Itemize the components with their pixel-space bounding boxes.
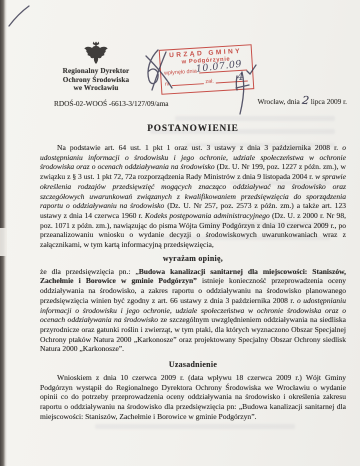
handwritten-day-digit: 2 (302, 101, 309, 102)
text-run: że dla przedsięwzięcia pn.: „ (40, 267, 139, 276)
bleedthrough-ghost (175, 116, 335, 121)
stamp-zal-label: zał. (205, 78, 214, 85)
bleedthrough-ghost (95, 424, 295, 429)
dateline-prefix: Wrocław, dnia (258, 97, 300, 106)
document-title: POSTANOWIENIE (40, 124, 346, 134)
stamp-nr-line (171, 78, 203, 86)
justification-paragraph: Wnioskiem z dnia 10 czerwca 2009 r. (dat… (40, 373, 346, 422)
legal-basis-paragraph: Na podstawie art. 64 ust. 1 pkt 1 oraz u… (40, 143, 346, 250)
eagle-emblem-icon (83, 40, 109, 65)
handwritten-zal-count: 4 (237, 71, 244, 82)
letterhead-line: Ochrony Środowiska (50, 76, 142, 85)
pen-slash-mark (9, 6, 29, 26)
letterhead: Regionalny Dyrektor Ochrony Środowiska w… (50, 40, 142, 93)
text-run-italic: Kodeks postępowania administracyjnego (145, 211, 272, 220)
handwritten-paraph (148, 50, 158, 84)
document-body: POSTANOWIENIE Na podstawie art. 64 ust. … (40, 124, 346, 422)
opinion-heading: wyrażam opinię, (40, 254, 346, 263)
stamp-nr-zal-row: nr zał. 4 (165, 75, 250, 87)
dateline-suffix: lipca 2009 r. (311, 97, 347, 106)
stamp-nr-label: nr (165, 81, 170, 87)
stamp-received-label: wpłynęło dnia (164, 69, 197, 77)
text-run: Wnioskiem z dnia 10 czerwca 2009 r. (dat… (40, 373, 346, 421)
receipt-stamp: URZĄD GMINY w Podgórzynie wpłynęło dnia … (159, 44, 255, 95)
opinion-paragraph: że dla przedsięwzięcia pn.: „Budowa kana… (40, 267, 346, 354)
scan-edge-gap (0, 228, 7, 256)
reference-number: RDOŚ-02-WOOŚ -6613-3/127/09/ama (54, 99, 169, 108)
letterhead-line: Regionalny Dyrektor (50, 67, 142, 76)
dateline: Wrocław, dnia2lipca 2009 r. (258, 97, 347, 106)
scanned-document-page: Regionalny Dyrektor Ochrony Środowiska w… (0, 0, 360, 466)
justification-heading: Uzasadnienie (40, 360, 346, 369)
letterhead-line: we Wrocławiu (50, 84, 142, 93)
text-run: Na podstawie art. 64 ust. 1 pkt 1 oraz u… (57, 143, 342, 152)
